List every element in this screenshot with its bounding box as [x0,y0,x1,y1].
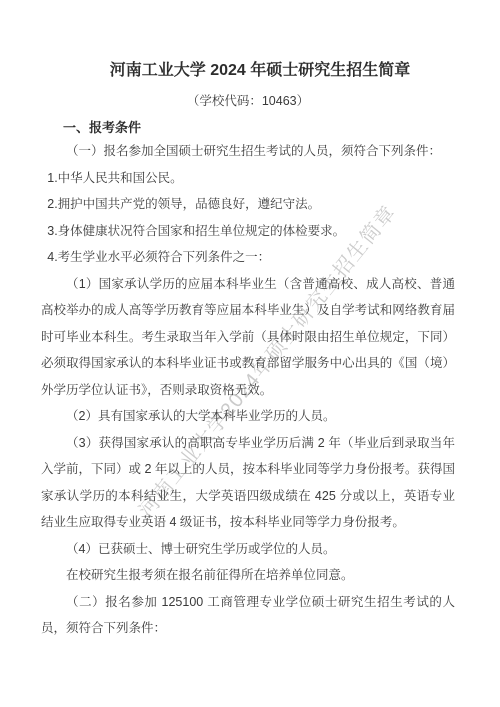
paragraph: （1）国家承认学历的应届本科毕业生（含普通高校、成人高校、普通高校举办的成人高等… [41,271,455,404]
paragraph: （二）报名参加 125100 工商管理专业学位硕士研究生招生考试的人员，须符合下… [41,589,455,642]
document-content: 河南工业大学 2024 年硕士研究生招生简章 （学校代码：10463） 一、报考… [41,58,455,642]
paragraph: 2.拥护中国共产党的领导，品德良好，遵纪守法。 [41,191,455,218]
paragraph: （一）报名参加全国硕士研究生招生考试的人员，须符合下列条件： [41,138,455,165]
paragraph: 1.中华人民共和国公民。 [41,165,455,192]
paragraph: 3.身体健康状况符合国家和招生单位规定的体检要求。 [41,218,455,245]
paragraph: （3）获得国家承认的高职高专毕业学历后满 2 年（毕业后到录取当年入学前，下同）… [41,430,455,536]
paragraph: （2）具有国家承认的大学本科毕业学历的人员。 [41,403,455,430]
paragraph: 4.考生学业水平必须符合下列条件之一： [41,244,455,271]
section-heading: 一、报考条件 [41,118,455,138]
school-code-subtitle: （学校代码：10463） [41,92,455,110]
paragraph: （4）已获硕士、博士研究生学历或学位的人员。 [41,536,455,563]
paragraph: 在校研究生报考须在报名前征得所在培养单位同意。 [41,562,455,589]
paragraph-list: （一）报名参加全国硕士研究生招生考试的人员，须符合下列条件：1.中华人民共和国公… [41,138,455,642]
page-title: 河南工业大学 2024 年硕士研究生招生简章 [41,58,455,84]
document-page: 河南工业大学2024年硕士研究生招生简章 河南工业大学 2024 年硕士研究生招… [0,0,500,707]
